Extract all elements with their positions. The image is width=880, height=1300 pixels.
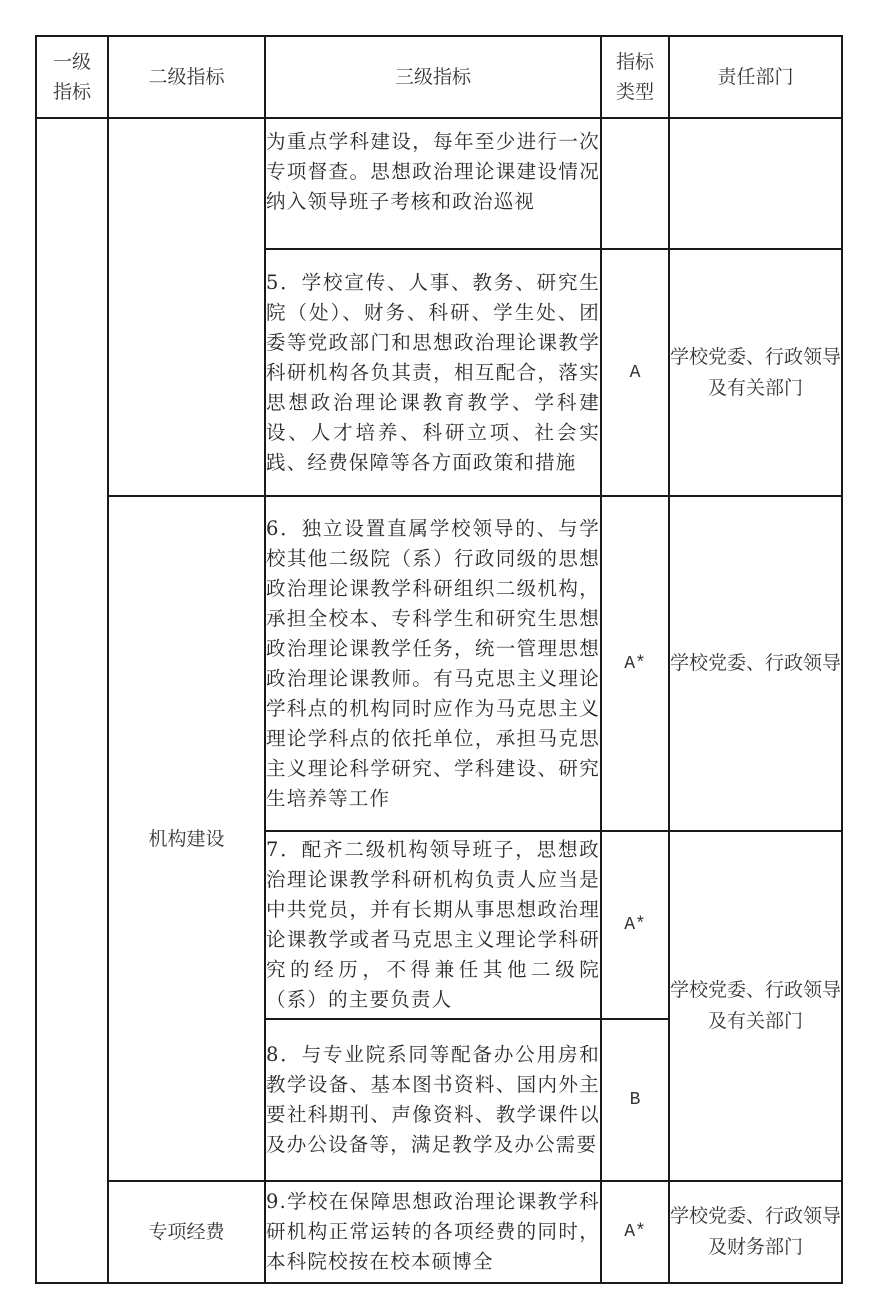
header-level3: 三级指标 [265,36,601,118]
header-type: 指标 类型 [601,36,669,118]
table-row: 机构建设 6．独立设置直属学校领导的、与学校其他二级院（系）行政同级的思想政治理… [36,496,842,831]
level1-cell [36,118,108,1283]
level3-cell: 6．独立设置直属学校领导的、与学校其他二级院（系）行政同级的思想政治理论课教学科… [265,496,601,831]
dept-cell: 学校党委、行政领导及有关部门 [669,249,842,496]
level2-cell: 机构建设 [108,496,265,1181]
type-cell: A [601,249,669,496]
header-level2: 二级指标 [108,36,265,118]
level3-cell: 9.学校在保障思想政治理论课教学科研机构正常运转的各项经费的同时，本科院校按在校… [265,1181,601,1283]
header-type-line1: 指标 [602,47,668,77]
type-cell [601,118,669,249]
table-row: 为重点学科建设，每年至少进行一次专项督查。思想政治理论课建设情况纳入领导班子考核… [36,118,842,249]
level2-cell: 专项经费 [108,1181,265,1283]
header-dept: 责任部门 [669,36,842,118]
type-cell: A* [601,496,669,831]
type-cell: B [601,1019,669,1181]
level3-cell: 5．学校宣传、人事、教务、研究生院（处）、财务、科研、学生处、团委等党政部门和思… [265,249,601,496]
level3-cell: 8．与专业院系同等配备办公用房和教学设备、基本图书资料、国内外主要社科期刊、声像… [265,1019,601,1181]
header-level1-line2: 指标 [37,77,107,107]
level2-cell [108,118,265,496]
table-row: 专项经费 9.学校在保障思想政治理论课教学科研机构正常运转的各项经费的同时，本科… [36,1181,842,1283]
level3-cell: 7．配齐二级机构领导班子，思想政治理论课教学科研机构负责人应当是中共党员，并有长… [265,831,601,1019]
dept-cell: 学校党委、行政领导 [669,496,842,831]
indicator-table: 一级 指标 二级指标 三级指标 指标 类型 责任部门 为重点学科建设，每年至少进… [35,35,843,1284]
header-level1: 一级 指标 [36,36,108,118]
header-level1-line1: 一级 [37,47,107,77]
level3-cell: 为重点学科建设，每年至少进行一次专项督查。思想政治理论课建设情况纳入领导班子考核… [265,118,601,249]
dept-cell: 学校党委、行政领导及有关部门 [669,831,842,1181]
dept-cell [669,118,842,249]
header-type-line2: 类型 [602,77,668,107]
type-cell: A* [601,831,669,1019]
header-row: 一级 指标 二级指标 三级指标 指标 类型 责任部门 [36,36,842,118]
dept-cell: 学校党委、行政领导及财务部门 [669,1181,842,1283]
type-cell: A* [601,1181,669,1283]
